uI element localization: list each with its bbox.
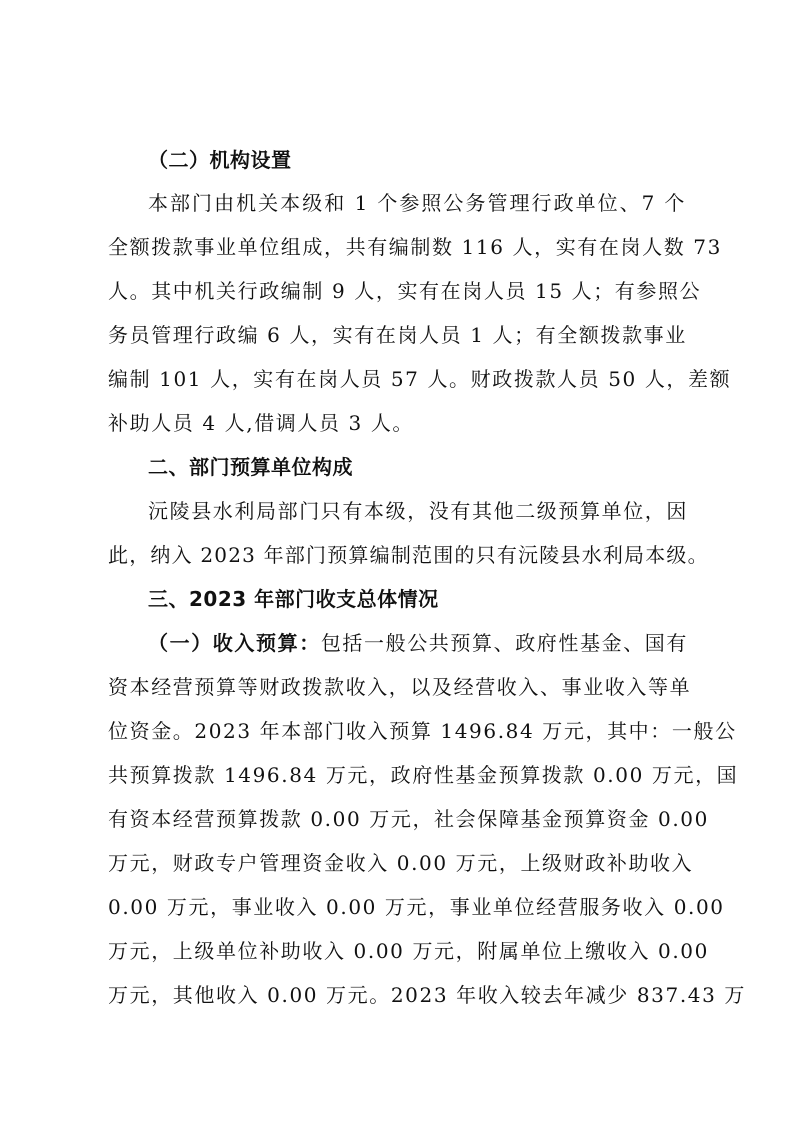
paragraph-line: 0.00 万元，事业收入 0.00 万元，事业单位经营服务收入 0.00 — [108, 895, 686, 919]
paragraph-line: 务员管理行政编 6 人，实有在岗人员 1 人；有全额拨款事业 — [108, 323, 686, 347]
heading-income-expenditure: 三、2023 年部门收支总体情况 — [148, 587, 686, 611]
paragraph-line: 沅陵县水利局部门只有本级，没有其他二级预算单位，因 — [148, 499, 686, 523]
paragraph-line: 有资本经营预算拨款 0.00 万元，社会保障基金预算资金 0.00 — [108, 807, 686, 831]
income-intro-line: （一）收入预算： 包括一般公共预算、政府性基金、国有 — [148, 631, 686, 655]
heading-budget-units: 二、部门预算单位构成 — [148, 455, 686, 479]
paragraph-line: 万元，上级单位补助收入 0.00 万元，附属单位上缴收入 0.00 — [108, 939, 686, 963]
paragraph-line: 位资金。2023 年本部门收入预算 1496.84 万元，其中：一般公 — [108, 719, 686, 743]
paragraph-line: 人。其中机关行政编制 9 人，实有在岗人员 15 人；有参照公 — [108, 279, 686, 303]
paragraph-line: 补助人员 4 人,借调人员 3 人。 — [108, 411, 686, 435]
paragraph-line: 本部门由机关本级和 1 个参照公务管理行政单位、7 个 — [148, 191, 686, 215]
paragraph-line: 万元，其他收入 0.00 万元。2023 年收入较去年减少 837.43 万 — [108, 983, 686, 1007]
paragraph-line: 全额拨款事业单位组成，共有编制数 116 人，实有在岗人数 73 — [108, 235, 686, 259]
income-budget-label: （一）收入预算： — [148, 631, 321, 655]
subheading-institution-setup: （二）机构设置 — [148, 148, 686, 172]
paragraph-line: 包括一般公共预算、政府性基金、国有 — [321, 631, 688, 655]
paragraph-line: 万元，财政专户管理资金收入 0.00 万元，上级财政补助收入 — [108, 851, 686, 875]
paragraph-line: 此，纳入 2023 年部门预算编制范围的只有沅陵县水利局本级。 — [108, 543, 686, 567]
paragraph-line: 资本经营预算等财政拨款收入，以及经营收入、事业收入等单 — [108, 675, 686, 699]
paragraph-line: 共预算拨款 1496.84 万元，政府性基金预算拨款 0.00 万元，国 — [108, 763, 686, 787]
paragraph-line: 编制 101 人，实有在岗人员 57 人。财政拨款人员 50 人，差额 — [108, 367, 686, 391]
